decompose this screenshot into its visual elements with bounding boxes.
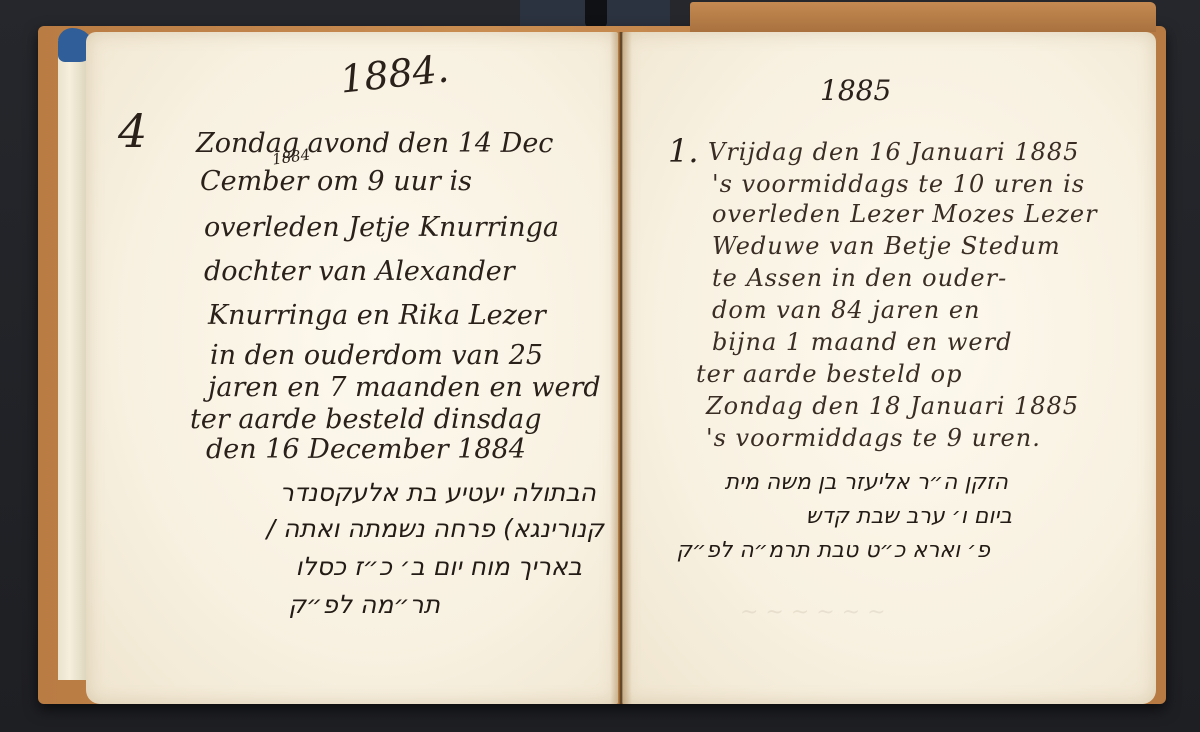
right-line-7: bijna 1 maand en werd — [712, 328, 1012, 356]
right-line-10: 's voormiddags te 9 uren. — [706, 424, 1041, 452]
page-stack-edge — [58, 40, 88, 680]
right-line-2: 's voormiddags te 10 uren is — [712, 170, 1085, 198]
stand-clip — [585, 0, 607, 28]
book-gutter — [610, 32, 632, 704]
left-line-7: jaren en 7 maanden en werd — [208, 372, 601, 403]
left-entry-number: 4 — [118, 104, 147, 158]
left-line-1: Zondag avond den 14 Dec — [196, 128, 553, 159]
left-line-8: ter aarde besteld dinsdag — [190, 404, 542, 435]
photo-scene: ~ ~ ~ ~ ~ ~ 1884. 4 1884 Zondag avond de… — [0, 0, 1200, 732]
left-line-4: dochter van Alexander — [204, 256, 515, 287]
left-line-9: den 16 December 1884 — [206, 434, 526, 465]
cover-edge — [690, 2, 1156, 32]
right-year-heading: 1885 — [820, 74, 891, 107]
right-line-8: ter aarde besteld op — [696, 360, 962, 388]
left-line-6: in den ouderdom van 25 — [210, 340, 543, 371]
left-hebrew-line-3: באריך מוח יום ב׳ כ״ז כסלו — [296, 552, 582, 581]
left-line-5: Knurringa en Rika Lezer — [208, 300, 546, 331]
right-line-6: dom van 84 jaren en — [712, 296, 981, 324]
right-line-9: Zondag den 18 Januari 1885 — [706, 392, 1079, 420]
right-line-3: overleden Lezer Mozes Lezer — [712, 200, 1098, 228]
right-line-1: Vrijdag den 16 Januari 1885 — [708, 138, 1079, 166]
left-line-3: overleden Jetje Knurringa — [204, 212, 559, 243]
right-hebrew-line-2: ביום ו׳ ערב שבת קדש — [806, 504, 1012, 529]
right-line-5: te Assen in den ouder- — [712, 264, 1007, 292]
left-line-2: Cember om 9 uur is — [200, 166, 472, 197]
right-hebrew-line-1: הזקן ה״ר אליעזר בן משה מית — [725, 470, 1008, 495]
right-hebrew-line-3: פ׳ וארא כ״ט טבת תרמ״ה לפ״ק — [676, 538, 990, 563]
left-hebrew-line-1: הבתולה יעטיע בת אלעקסנדר — [280, 478, 596, 507]
left-hebrew-line-2: קנורינגא) פרחה נשמתה ואתה / — [267, 514, 604, 543]
left-hebrew-line-4: תר״מה לפ״ק — [288, 590, 440, 619]
right-entry-number: 1. — [668, 132, 699, 170]
bleed-through-text: ~ ~ ~ ~ ~ ~ — [740, 600, 886, 625]
right-line-4: Weduwe van Betje Stedum — [712, 232, 1061, 260]
